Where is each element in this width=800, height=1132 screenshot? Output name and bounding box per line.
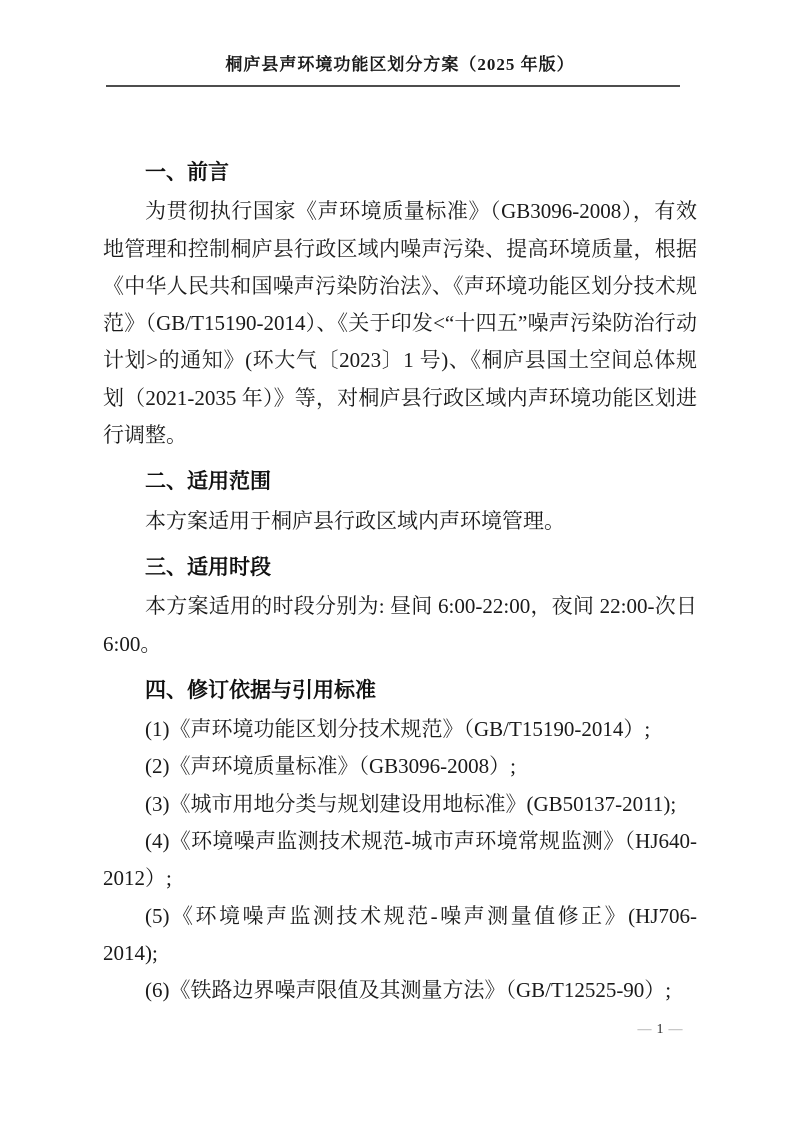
- header-rule: [106, 85, 680, 87]
- document-header-title: 桐庐县声环境功能区划分方案（2025 年版）: [0, 50, 800, 75]
- reference-item-4: (4)《环境噪声监测技术规范-城市声环境常规监测》（HJ640-2012）;: [103, 823, 697, 898]
- section-heading-preface: 一、前言: [103, 154, 697, 191]
- paragraph-scope: 本方案适用于桐庐县行政区域内声环境管理。: [103, 503, 697, 540]
- reference-item-5: (5)《环境噪声监测技术规范-噪声测量值修正》(HJ706-2014);: [103, 898, 697, 973]
- document-body: 一、前言 为贯彻执行国家《声环境质量标准》（GB3096-2008），有效地管理…: [103, 145, 697, 1010]
- footer-page-number: 1: [657, 1022, 664, 1037]
- page-footer: —1—: [610, 1021, 710, 1039]
- reference-item-3: (3)《城市用地分类与规划建设用地标准》(GB50137-2011);: [103, 786, 697, 823]
- paragraph-time-periods: 本方案适用的时段分别为: 昼间 6:00-22:00，夜间 22:00-次日 6…: [103, 588, 697, 663]
- reference-item-2: (2)《声环境质量标准》（GB3096-2008）;: [103, 748, 697, 785]
- section-heading-standards: 四、修订依据与引用标准: [103, 672, 697, 709]
- reference-item-6: (6)《铁路边界噪声限值及其测量方法》（GB/T12525-90）;: [103, 972, 697, 1009]
- section-heading-time-periods: 三、适用时段: [103, 549, 697, 586]
- reference-item-1: (1)《声环境功能区划分技术规范》（GB/T15190-2014）;: [103, 711, 697, 748]
- footer-dash-right: —: [669, 1022, 683, 1037]
- section-heading-scope: 二、适用范围: [103, 463, 697, 500]
- footer-dash-left: —: [638, 1022, 652, 1037]
- paragraph-preface: 为贯彻执行国家《声环境质量标准》（GB3096-2008），有效地管理和控制桐庐…: [103, 193, 697, 454]
- document-page: 桐庐县声环境功能区划分方案（2025 年版） 一、前言 为贯彻执行国家《声环境质…: [0, 0, 800, 1132]
